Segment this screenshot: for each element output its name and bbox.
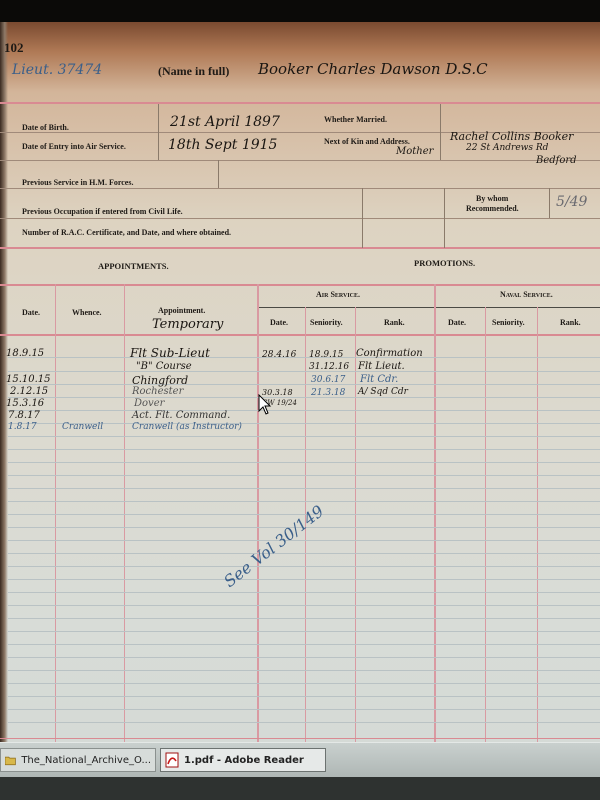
- promotion-seniority: 18.9.15: [309, 350, 343, 360]
- next-of-kin-town: Bedford: [536, 155, 577, 166]
- promotion-rank: Flt Cdr.: [360, 374, 398, 385]
- col-appointment-temporary: Temporary: [152, 317, 223, 332]
- promotion-rank: Confirmation: [356, 348, 423, 359]
- rac-certificate-label: Number of R.A.C. Certificate, and Date, …: [22, 228, 231, 237]
- previous-service-label: Previous Service in H.M. Forces.: [22, 178, 133, 187]
- appointment-date: 15.10.15: [6, 374, 51, 385]
- divider: [218, 160, 219, 188]
- col-naval-seniority: Seniority.: [492, 318, 525, 327]
- column-divider: [257, 284, 259, 742]
- appointment-whence: Cranwell: [62, 422, 103, 432]
- promotions-heading: PROMOTIONS.: [414, 258, 475, 268]
- divider: [158, 104, 159, 160]
- name-value: Booker Charles Dawson D.S.C: [258, 60, 488, 78]
- next-of-kin-address: 22 St Andrews Rd: [466, 143, 548, 153]
- folder-icon: [5, 754, 16, 766]
- taskbar-item-label: 1.pdf - Adobe Reader: [184, 755, 304, 766]
- appointment-date: 2.12.15: [10, 386, 48, 397]
- column-divider: [355, 307, 356, 742]
- col-air-rank: Rank.: [384, 318, 405, 327]
- divider: [444, 188, 445, 248]
- date-of-entry-value: 18th Sept 1915: [168, 137, 277, 153]
- appointment-name: Flt Sub-Lieut: [130, 346, 210, 360]
- taskbar-item-label: The_National_Archive_O...: [21, 755, 151, 766]
- service-reference: Lieut. 37474: [12, 62, 102, 78]
- mouse-cursor-icon: [258, 394, 272, 416]
- promotion-date: 28.4.16: [262, 350, 296, 360]
- date-of-birth-label: Date of Birth.: [22, 123, 69, 132]
- divider: [0, 247, 600, 249]
- divider: [0, 160, 600, 161]
- divider: [0, 218, 600, 219]
- column-divider: [55, 284, 56, 742]
- document-page: 102 Lieut. 37474 (Name in full) Booker C…: [0, 22, 600, 742]
- divider: [440, 104, 441, 160]
- appointment-name: Act. Flt. Command.: [132, 410, 230, 421]
- col-naval-date: Date.: [448, 318, 466, 327]
- appointment-date: 1.8.17: [8, 422, 37, 432]
- divider: [0, 334, 600, 336]
- taskbar: The_National_Archive_O... 1.pdf - Adobe …: [0, 742, 600, 778]
- column-divider: [434, 284, 436, 742]
- divider: [0, 284, 600, 286]
- appointment-date: 7.8.17: [8, 410, 40, 421]
- col-naval-service: Naval Service.: [500, 290, 553, 299]
- whether-married-label: Whether Married.: [324, 115, 387, 124]
- appointment-date: 18.9.15: [6, 348, 44, 359]
- column-divider: [485, 307, 486, 742]
- promotion-seniority: 31.12.16: [309, 362, 349, 372]
- date-of-birth-value: 21st April 1897: [170, 114, 280, 130]
- col-naval-rank: Rank.: [560, 318, 581, 327]
- col-date: Date.: [22, 308, 40, 317]
- name-label: (Name in full): [158, 64, 229, 79]
- page-number: 102: [4, 40, 24, 56]
- divider: [549, 188, 550, 218]
- screen-bezel: [0, 777, 600, 800]
- col-whence: Whence.: [72, 308, 102, 317]
- taskbar-item-folder[interactable]: The_National_Archive_O...: [0, 748, 156, 772]
- recommended-label-1: By whom: [476, 194, 508, 203]
- date-of-entry-label: Date of Entry into Air Service.: [22, 142, 126, 151]
- appointment-name: Dover: [134, 398, 164, 409]
- promotion-seniority: 30.6.17: [311, 375, 345, 385]
- next-of-kin-name: Rachel Collins Booker: [450, 130, 573, 143]
- previous-occupation-label: Previous Occupation if entered from Civi…: [22, 207, 183, 216]
- col-appointment: Appointment.: [158, 306, 205, 315]
- promotion-rank: Flt Lieut.: [358, 361, 405, 372]
- column-divider: [537, 307, 538, 742]
- divider: [0, 738, 600, 739]
- col-air-service: Air Service.: [316, 290, 360, 299]
- divider: [257, 307, 600, 308]
- column-divider: [124, 284, 125, 742]
- divider: [0, 102, 600, 104]
- pdf-icon: [165, 752, 179, 768]
- appointments-heading: APPOINTMENTS.: [98, 261, 169, 271]
- recommended-value: 5/49: [556, 194, 587, 210]
- appointment-date: 15.3.16: [6, 398, 44, 409]
- promotion-seniority: 21.3.18: [311, 388, 345, 398]
- divider: [362, 188, 363, 248]
- appointment-name: Cranwell (as Instructor): [132, 422, 242, 432]
- next-of-kin-relation: Mother: [396, 146, 433, 157]
- recommended-label-2: Recommended.: [466, 204, 519, 213]
- appointment-name: Rochester: [132, 386, 183, 397]
- promotion-rank: A/ Sqd Cdr: [358, 387, 408, 397]
- divider: [0, 188, 600, 189]
- col-air-date: Date.: [270, 318, 288, 327]
- appointment-name: "B" Course: [136, 361, 192, 372]
- taskbar-item-adobe-reader[interactable]: 1.pdf - Adobe Reader: [160, 748, 326, 772]
- col-air-seniority: Seniority.: [310, 318, 343, 327]
- next-of-kin-label: Next of Kin and Address.: [324, 137, 410, 146]
